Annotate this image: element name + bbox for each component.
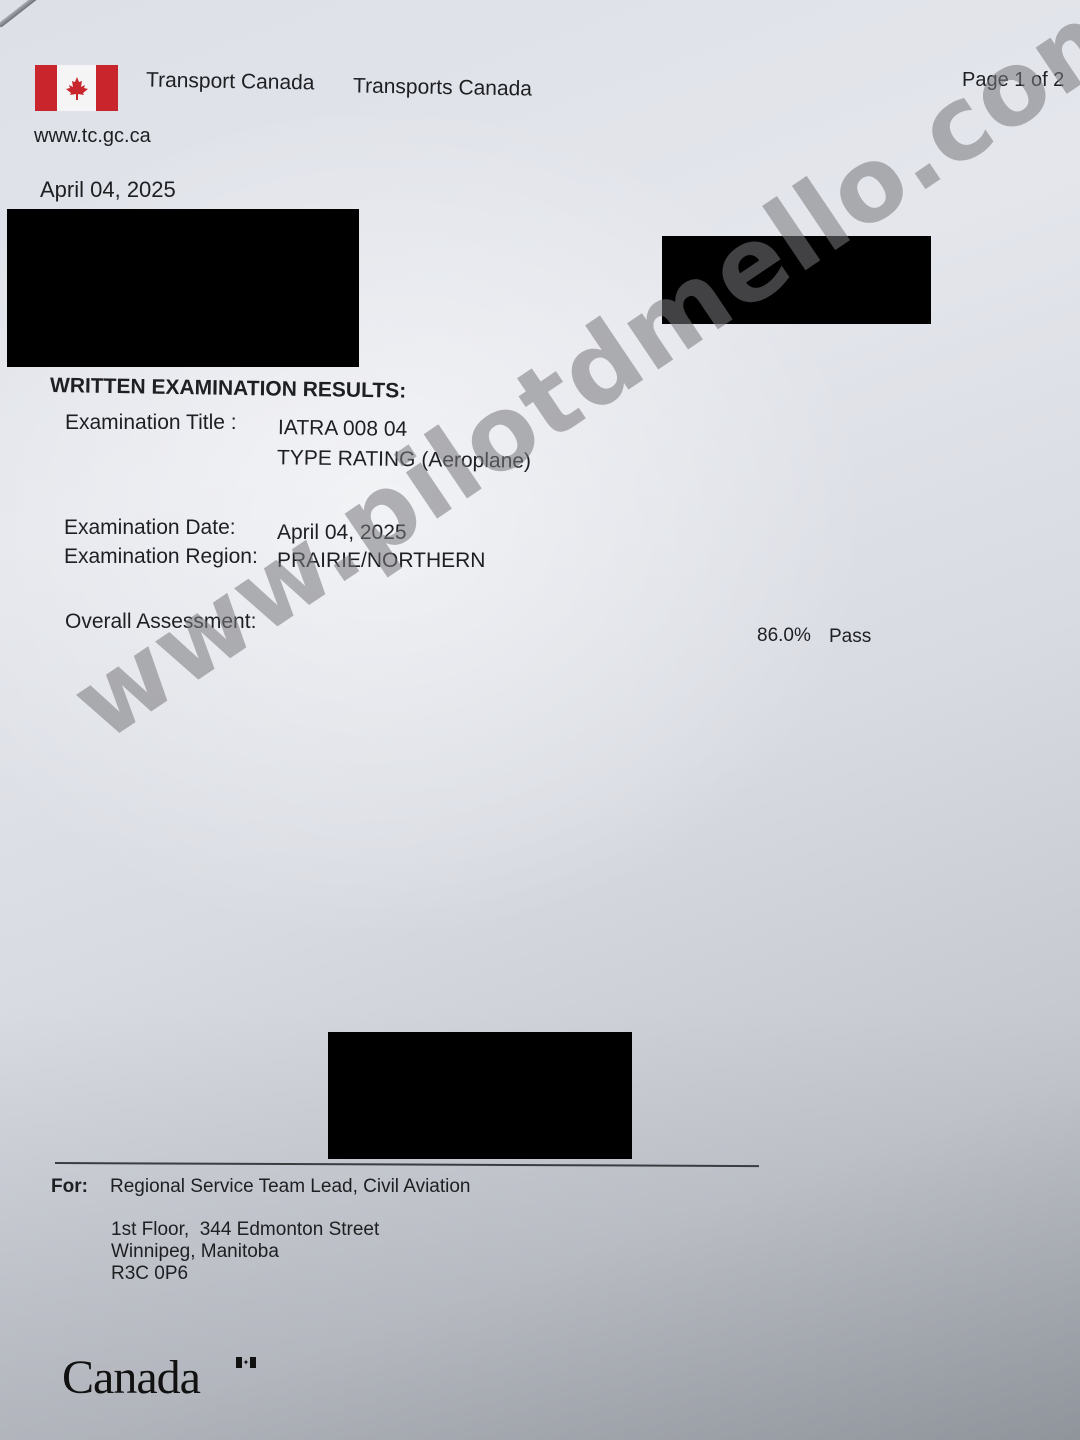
section-title: WRITTEN EXAMINATION RESULTS: bbox=[50, 374, 407, 404]
for-label: For: bbox=[51, 1176, 88, 1198]
address-line-1: 1st Floor, 344 Edmonton Street bbox=[111, 1219, 379, 1241]
signature-line bbox=[55, 1162, 759, 1167]
address-line-3: R3C 0P6 bbox=[111, 1263, 188, 1285]
redacted-recipient-block bbox=[7, 209, 359, 367]
overall-score: 86.0% bbox=[757, 625, 811, 647]
maple-leaf-icon bbox=[64, 75, 90, 101]
signatory-title: Regional Service Team Lead, Civil Aviati… bbox=[110, 1176, 471, 1198]
canada-flag-icon bbox=[35, 65, 118, 111]
exam-title-label: Examination Title : bbox=[65, 411, 237, 435]
pen-tip bbox=[0, 0, 40, 28]
letter-date: April 04, 2025 bbox=[40, 177, 176, 203]
department-name-fr: Transports Canada bbox=[353, 74, 532, 101]
overall-result: Pass bbox=[829, 626, 871, 648]
wordmark-flag-icon: ✦ bbox=[236, 1357, 256, 1368]
department-name-en: Transport Canada bbox=[146, 69, 315, 96]
website-url: www.tc.gc.ca bbox=[34, 125, 151, 148]
exam-date-label: Examination Date: bbox=[64, 516, 236, 540]
redacted-signature-block bbox=[328, 1032, 632, 1159]
canada-wordmark: Canada bbox=[62, 1350, 200, 1405]
address-line-2: Winnipeg, Manitoba bbox=[111, 1241, 279, 1263]
